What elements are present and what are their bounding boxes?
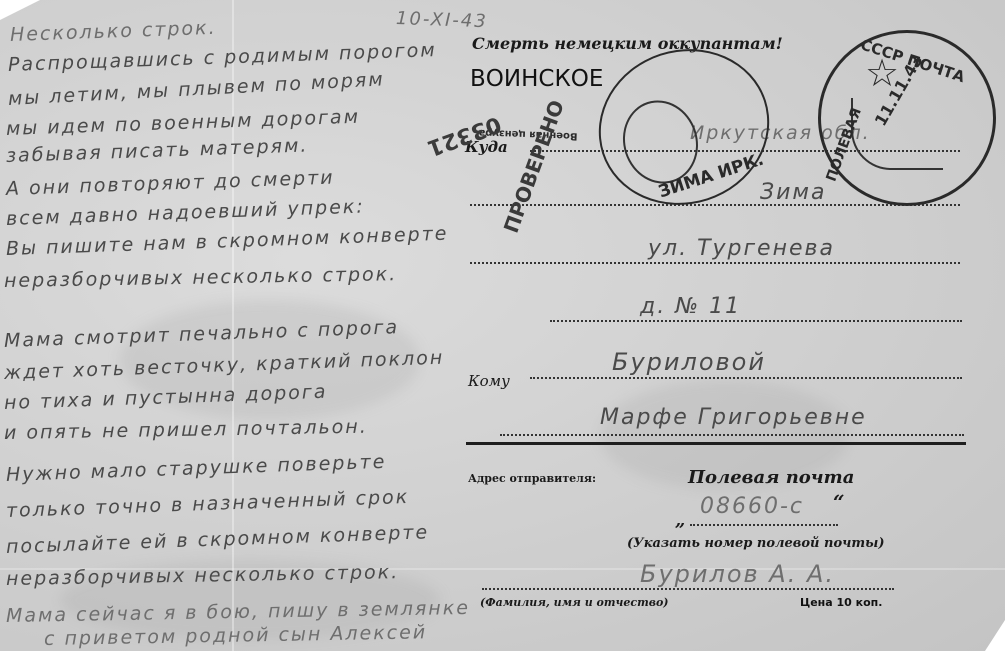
field-post-postmark: ☆ СССР ПОЧТА ПОЛЕВАЯ 11.11.43 (818, 30, 996, 206)
name-line (530, 377, 962, 379)
message-line: Нужно мало старушке поверьте (6, 451, 387, 486)
censor-postmark: ЗИМА ИРК. Военная цензура (578, 27, 789, 227)
message-line: всем давно надоевший упрек: (6, 195, 365, 230)
message-line: только точно в назначенный срок (6, 486, 410, 522)
message-line: забывая писать матерям. (6, 134, 309, 167)
slogan: Смерть немецким оккупантам! (472, 34, 783, 53)
message-line: и опять не пришел почтальон. (4, 416, 368, 444)
field-post-label: Полевая почта (688, 467, 854, 488)
field-post-number: 08660-с (700, 494, 804, 519)
address-line (470, 262, 960, 264)
recipient-name-line: Марфе Григорьевне (600, 405, 867, 430)
field-post-hint: (Указать номер полевой почты) (627, 536, 885, 551)
name-hint: (Фамилия, имя и отчество) (480, 596, 669, 609)
card-type-title: ВОИНСКОЕ (470, 66, 603, 92)
header-date-note: 10-XI-43 (396, 8, 488, 32)
censor-checked: ПРОВЕРЕНО (499, 97, 569, 236)
quote-close: “ (833, 490, 845, 514)
field-post-line (690, 524, 838, 526)
recipient-address-line: ул. Тургенева (648, 236, 835, 261)
sender-name: Бурилов А. А. (640, 560, 835, 588)
address-line (470, 204, 960, 206)
address-line (550, 320, 962, 322)
message-line: неразборчивых несколько строк. (4, 263, 398, 292)
message-line: Несколько строк. (10, 17, 217, 46)
recipient-address-line: Зима (760, 180, 826, 205)
sender-address-label: Адрес отправителя: (468, 472, 596, 485)
message-line: А они повторяют до смерти (6, 167, 335, 200)
divider-rule (466, 442, 966, 445)
recipient-address-line: д. № 11 (640, 294, 741, 319)
price-label: Цена 10 коп. (800, 596, 882, 609)
message-line: посылайте ей в скромном конверте (6, 521, 430, 558)
postcard: 10-XI-43 Несколько строк. Распрощавшись … (0, 0, 1005, 651)
message-line: с приветом родной сын Алексей (44, 621, 428, 650)
sender-name-line (482, 588, 894, 590)
to-whom-label: Кому (468, 372, 510, 390)
recipient-name-line: Буриловой (612, 348, 766, 376)
message-line: Вы пишите нам в скромном конверте (6, 223, 449, 260)
quote-open: „ (675, 510, 685, 531)
name-line (500, 434, 964, 436)
message-line: мы летим, мы плывем по морям (7, 68, 385, 110)
